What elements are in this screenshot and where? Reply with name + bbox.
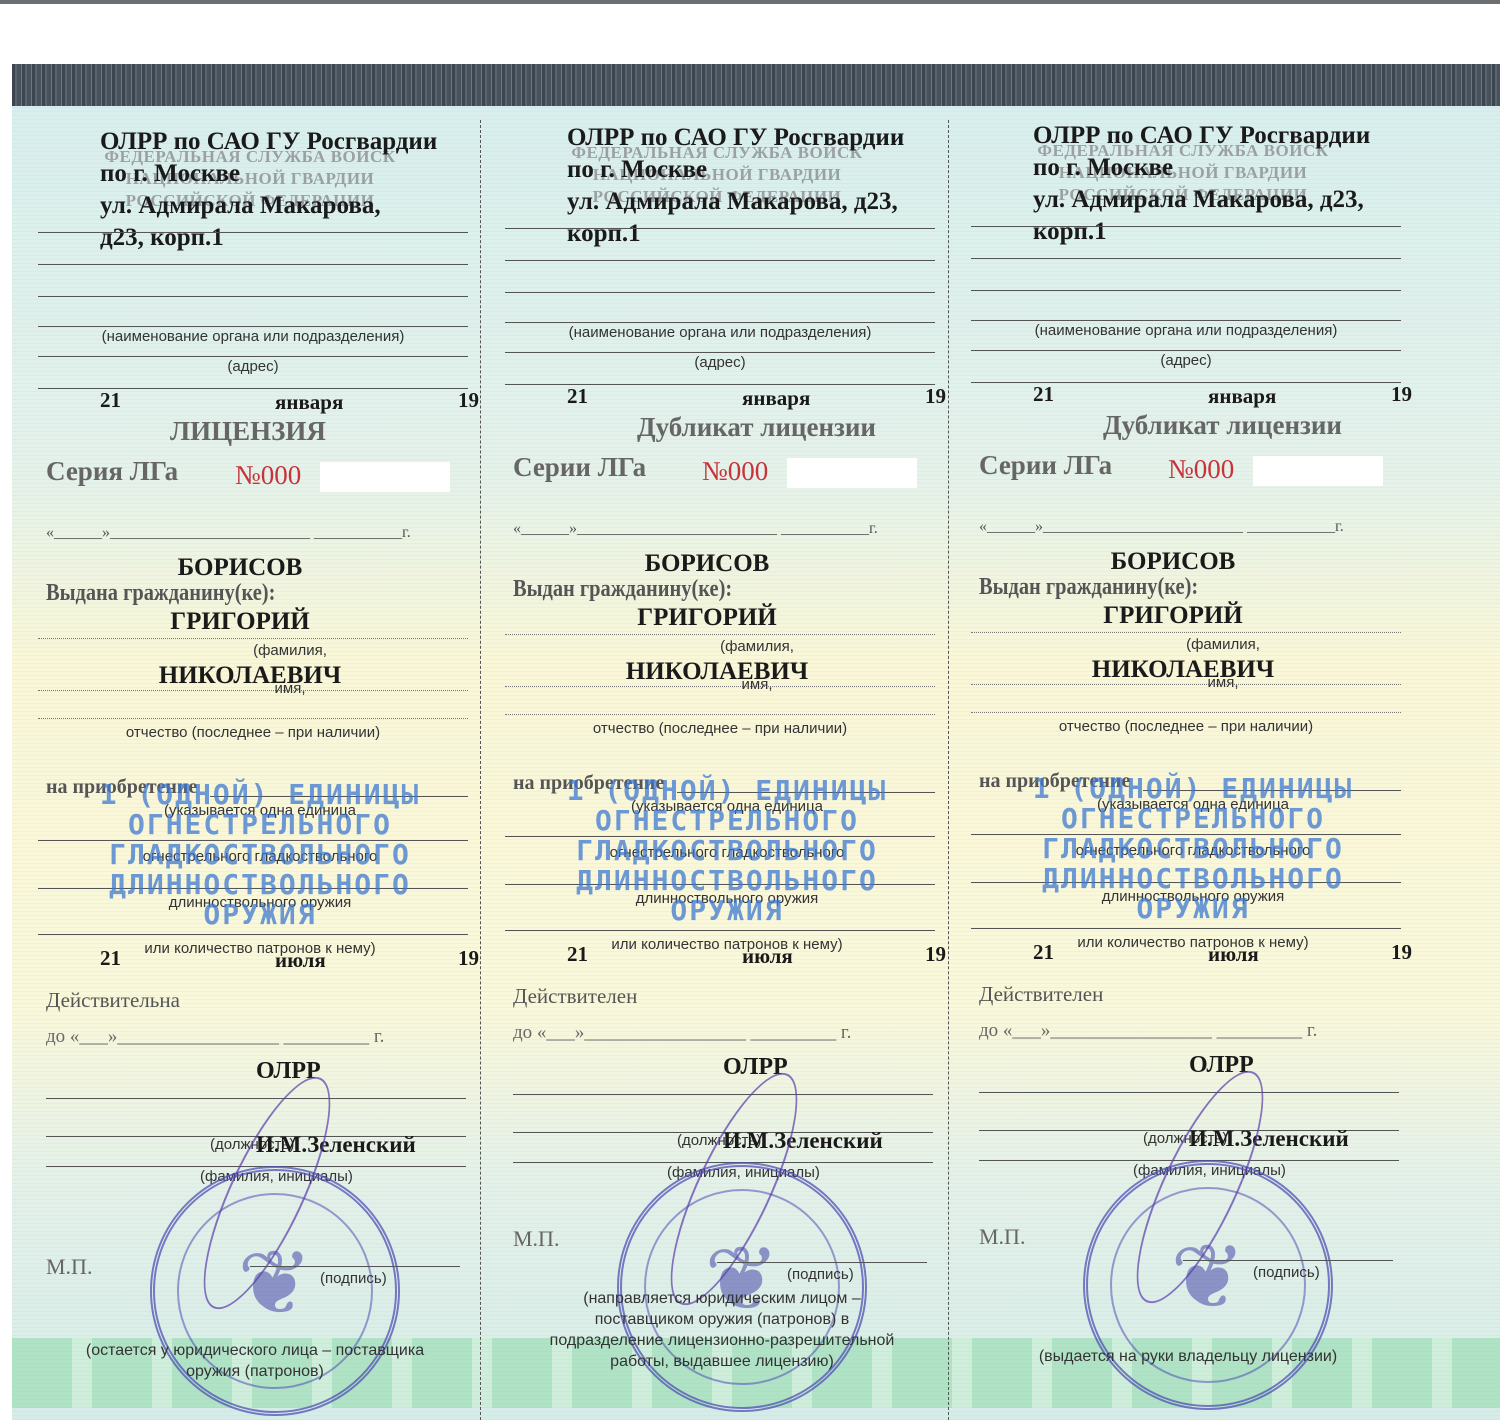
scan-edge: [0, 0, 1500, 4]
weapon-description-stamp: 1 (ОДНОЙ) ЕДИНИЦЫ ОГНЕСТРЕЛЬНОГО ГЛАДКОС…: [993, 774, 1393, 924]
organ-caption: (наименование органа или подразделения): [971, 322, 1401, 339]
footer-line: (направляется юридическим лицом –: [507, 1288, 937, 1309]
issue-day: 21: [100, 388, 121, 413]
issue-year: 19: [1391, 382, 1412, 407]
seal-place-label: М.П.: [979, 1224, 1025, 1250]
issued-to-label: Выдан гражданину(ке):: [513, 576, 732, 603]
stamp-line: ОРУЖИЯ: [527, 896, 927, 926]
issue-day: 21: [1033, 382, 1054, 407]
organ-address-line1: ул. Адмирала Макарова,: [100, 190, 437, 222]
issue-month: января: [275, 390, 343, 415]
stamp-line: 1 (ОДНОЙ) ЕДИНИЦЫ: [527, 776, 927, 806]
issue-year: 19: [458, 388, 479, 413]
organ-caption: (наименование органа или подразделения): [38, 328, 468, 345]
surname-caption: (фамилия,: [140, 642, 440, 659]
copy-destination-note: (выдается на руки владельцу лицензии): [973, 1346, 1403, 1367]
organ-line: ОЛРР по САО ГУ Росгвардии: [100, 126, 437, 158]
validity-label: Действительна: [46, 988, 180, 1013]
holder-first-name: ГРИГОРИЙ: [557, 604, 857, 632]
stamp-line: ДЛИННОСТВОЛЬНОГО: [993, 864, 1393, 894]
organ-address-line2: корп.1: [1033, 216, 1370, 248]
footer-line: (остается у юридического лица – поставщи…: [40, 1340, 470, 1361]
valid-month: июля: [275, 948, 326, 973]
issued-to-label: Выдана гражданину(ке):: [46, 580, 275, 607]
valid-day: 21: [100, 946, 121, 971]
license-series: Серия ЛГа: [46, 456, 178, 487]
footer-line: (выдается на руки владельцу лицензии): [973, 1346, 1403, 1367]
license-section: ФЕДЕРАЛЬНАЯ СЛУЖБА ВОЙСК НАЦИОНАЛЬНОЙ ГВ…: [20, 106, 460, 1420]
stamp-line: ОГНЕСТРЕЛЬНОГО: [527, 806, 927, 836]
valid-day: 21: [1033, 940, 1054, 965]
document-title: ЛИЦЕНЗИЯ: [170, 416, 326, 447]
valid-month: июля: [1208, 942, 1259, 967]
issue-year: 19: [925, 384, 946, 409]
patronymic-caption: отчество (последнее – при наличии): [505, 720, 935, 737]
organ-city: по г. Москве: [100, 158, 437, 190]
address-caption: (адрес): [971, 352, 1401, 369]
license-section: ФЕДЕРАЛЬНАЯ СЛУЖБА ВОЙСК НАЦИОНАЛЬНОЙ ГВ…: [487, 102, 927, 1416]
holder-first-name: ГРИГОРИЙ: [1023, 602, 1323, 630]
holder-first-name: ГРИГОРИЙ: [90, 608, 390, 636]
address-caption: (адрес): [38, 358, 468, 375]
holder-surname: БОРИСОВ: [557, 550, 857, 578]
patronymic-caption: отчество (последнее – при наличии): [971, 718, 1401, 735]
stamp-line: ДЛИННОСТВОЛЬНОГО: [527, 866, 927, 896]
organ-city: по г. Москве: [1033, 152, 1370, 184]
address-caption: (адрес): [505, 354, 935, 371]
issuing-organ: ОЛРР по САО ГУ Росгвардии по г. Москве у…: [567, 122, 904, 250]
stamp-line: ГЛАДКОСТВОЛЬНОГО: [60, 840, 460, 870]
document-title: Дубликат лицензии: [1103, 410, 1342, 441]
valid-until-blank: до «___»_________________ _________ г.: [979, 1020, 1317, 1042]
signature-caption: (подпись): [1253, 1264, 1320, 1281]
organ-line: ОЛРР по САО ГУ Росгвардии: [1033, 120, 1370, 152]
copy-destination-note: (направляется юридическим лицом –поставщ…: [507, 1288, 937, 1372]
stamp-line: ОГНЕСТРЕЛЬНОГО: [60, 810, 460, 840]
weapon-description-stamp: 1 (ОДНОЙ) ЕДИНИЦЫ ОГНЕСТРЕЛЬНОГО ГЛАДКОС…: [60, 780, 460, 930]
tear-line: [948, 120, 949, 1420]
weapon-description-stamp: 1 (ОДНОЙ) ЕДИНИЦЫ ОГНЕСТРЕЛЬНОГО ГЛАДКОС…: [527, 776, 927, 926]
stamp-line: 1 (ОДНОЙ) ЕДИНИЦЫ: [60, 780, 460, 810]
validity-label: Действителен: [513, 984, 637, 1009]
footer-line: работы, выдавшее лицензию): [507, 1351, 937, 1372]
organ-address-line2: корп.1: [567, 218, 904, 250]
issuing-organ: ОЛРР по САО ГУ Росгвардии по г. Москве у…: [100, 126, 437, 254]
seal-place-label: М.П.: [46, 1254, 92, 1280]
stamp-line: ДЛИННОСТВОЛЬНОГО: [60, 870, 460, 900]
organ-city: по г. Москве: [567, 154, 904, 186]
issue-month: января: [742, 386, 810, 411]
signature-caption: (подпись): [787, 1266, 854, 1283]
license-number: №000: [1168, 454, 1234, 485]
issue-date-blank: «______»_________________________ ______…: [979, 518, 1344, 536]
license-series: Серии ЛГа: [979, 450, 1112, 481]
valid-month: июля: [742, 944, 793, 969]
issue-date-blank: «______»_________________________ ______…: [513, 520, 878, 538]
name-caption: имя,: [1073, 674, 1373, 691]
holder-surname: БОРИСОВ: [1023, 548, 1323, 576]
name-caption: имя,: [607, 676, 907, 693]
organ-address-line1: ул. Адмирала Макарова, д23,: [567, 186, 904, 218]
stamp-line: 1 (ОДНОЙ) ЕДИНИЦЫ: [993, 774, 1393, 804]
validity-label: Действителен: [979, 982, 1103, 1007]
organ-caption: (наименование органа или подразделения): [505, 324, 935, 341]
stamp-line: ОГНЕСТРЕЛЬНОГО: [993, 804, 1393, 834]
issued-to-label: Выдан гражданину(ке):: [979, 574, 1198, 601]
footer-line: оружия (патронов): [40, 1361, 470, 1382]
license-number: №000: [702, 456, 768, 487]
valid-until-blank: до «___»_________________ _________ г.: [46, 1026, 384, 1048]
patronymic-caption: отчество (последнее – при наличии): [38, 724, 468, 741]
issue-date-blank: «______»_________________________ ______…: [46, 524, 411, 542]
license-series: Серии ЛГа: [513, 452, 646, 483]
surname-caption: (фамилия,: [1073, 636, 1373, 653]
license-section: ФЕДЕРАЛЬНАЯ СЛУЖБА ВОЙСК НАЦИОНАЛЬНОЙ ГВ…: [953, 100, 1393, 1414]
signature-caption: (подпись): [320, 1270, 387, 1287]
copy-destination-note: (остается у юридического лица – поставщи…: [40, 1340, 470, 1382]
redacted-number: [320, 462, 450, 492]
name-caption: имя,: [140, 680, 440, 697]
redacted-number: [787, 458, 917, 488]
license-number: №000: [235, 460, 301, 491]
stamp-line: ГЛАДКОСТВОЛЬНОГО: [993, 834, 1393, 864]
organ-line: ОЛРР по САО ГУ Росгвардии: [567, 122, 904, 154]
valid-year: 19: [1391, 940, 1412, 965]
organ-address-line2: д23, корп.1: [100, 222, 437, 254]
tear-line: [480, 120, 481, 1420]
stamp-line: ГЛАДКОСТВОЛЬНОГО: [527, 836, 927, 866]
issuing-organ: ОЛРР по САО ГУ Росгвардии по г. Москве у…: [1033, 120, 1370, 248]
stamp-line: ОРУЖИЯ: [993, 894, 1393, 924]
valid-year: 19: [458, 946, 479, 971]
valid-day: 21: [567, 942, 588, 967]
stamp-line: ОРУЖИЯ: [60, 900, 460, 930]
seal-place-label: М.П.: [513, 1226, 559, 1252]
document-title: Дубликат лицензии: [637, 412, 876, 443]
redacted-number: [1253, 456, 1383, 486]
footer-line: поставщиком оружия (патронов) в: [507, 1309, 937, 1330]
surname-caption: (фамилия,: [607, 638, 907, 655]
valid-until-blank: до «___»_________________ _________ г.: [513, 1022, 851, 1044]
issue-month: января: [1208, 384, 1276, 409]
footer-line: подразделение лицензионно-разрешительной: [507, 1330, 937, 1351]
holder-surname: БОРИСОВ: [90, 554, 390, 582]
valid-year: 19: [925, 942, 946, 967]
issue-day: 21: [567, 384, 588, 409]
organ-address-line1: ул. Адмирала Макарова, д23,: [1033, 184, 1370, 216]
